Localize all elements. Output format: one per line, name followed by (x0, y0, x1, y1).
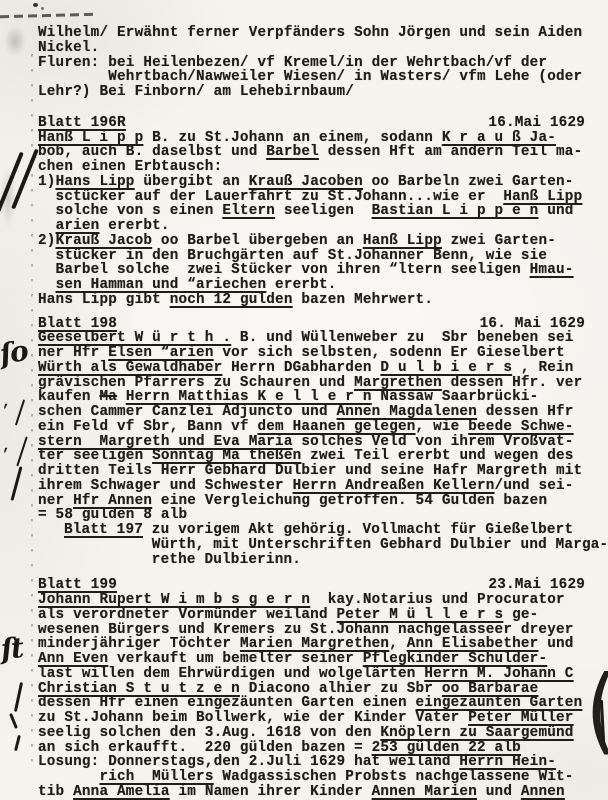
text-line: Barbel solche zwei Stücker von ihren “lt… (38, 263, 585, 278)
document-page: Wilhelm/ Erwähnt ferner Verpfänders Sohn… (0, 0, 608, 800)
section-header: Blatt 19923.Mai 1629 (38, 578, 585, 593)
underlined-text: Herrn M. Johann C (424, 666, 573, 682)
text-run (38, 277, 56, 293)
text-line: Wehrtbach/Nawweiler Wiesen/ in Wasters/ … (38, 70, 585, 85)
underlined-text: Anna Amelia (73, 784, 170, 800)
text-line: Johann Rupert W i m b s g e r n kay.Nota… (38, 593, 585, 608)
text-line: minderjähriger Töchter Marien Margrethen… (38, 637, 585, 652)
underlined-text: Peter Müller (468, 710, 573, 726)
text-line: chen einen Erbtausch: (38, 160, 585, 175)
underlined-text: Elsen “arien (108, 345, 213, 361)
text-run: verkauft um bemelter seiner (108, 651, 363, 667)
underlined-text: D u l b i e r s (380, 360, 512, 376)
text-run: Wilhelm/ Erwähnt ferner Verpfänders Sohn… (38, 25, 582, 41)
text-run: Wadgassischen Probsts nachgelassene Wit- (214, 769, 574, 785)
margin-scribble-mark: ſt (0, 641, 22, 658)
text-line: ner Hfr Elsen “arien vor sich selbsten, … (38, 346, 585, 361)
text-line: Würth, mit Unterschriften Gebhard Dulbie… (64, 538, 585, 553)
text-line: zu St.Johann beim Bollwerk, wie der Kind… (38, 711, 585, 726)
underlined-text: Geeselbert W ü r t h . (38, 330, 231, 346)
underlined-text: Ann Even (38, 651, 108, 667)
pencil-smudge (4, 26, 26, 56)
underlined-text: Annen Marien (372, 784, 477, 800)
text-run: zu St.Johann beim Bollwerk, wie der Kind… (38, 710, 468, 726)
text-line: als verordneter Vormünder weiland Peter … (38, 608, 585, 623)
underlined-text: Johann Rupert W i m b s g e r n (38, 592, 310, 608)
text-run: bazen Mehrwert. (293, 292, 433, 308)
text-line: 2)Krauß Jacob oo Barbel übergeben an Han… (38, 234, 585, 249)
text-line: ter seeligen Sonntag Ma theßen zwei Teil… (38, 449, 585, 464)
margin-comma-mark: , (2, 440, 11, 455)
underlined-text: Eltern (222, 203, 275, 219)
text-run: vor sich selbsten, sodenn Er Gieselbert (214, 345, 565, 361)
underlined-text: Herrn Matthias K e l l e r n (126, 389, 372, 405)
text-line: Hans Lipp gibt noch 12 gulden bazen Mehr… (38, 293, 585, 308)
margin-scribble-mark: ſo (0, 344, 28, 363)
text-line: arien ererbt. (38, 219, 585, 234)
text-line: ein Feld vf Sbr, Bann vf dem Haanen gele… (38, 420, 585, 435)
intro-block: Wilhelm/ Erwähnt ferner Verpfänders Sohn… (38, 26, 585, 100)
corner-dash-dot-line (0, 13, 96, 19)
underlined-text: Blatt 197 (64, 522, 143, 538)
underlined-text: noch 12 gulden (170, 292, 293, 308)
text-run: kaufen (38, 389, 99, 405)
section-blatt-198: Blatt 19816. Mai 1629Geeselbert W ü r t … (38, 317, 585, 524)
text-line: sen Hamman und “ariechen ererbt. (38, 278, 585, 293)
text-line: seelig solchen den 3.Aug. 1618 von den K… (38, 726, 585, 741)
underlined-text: Marien Margrethen (240, 636, 389, 652)
text-run: tib (38, 784, 73, 800)
text-run: rethe Dulbierinn. (64, 552, 301, 568)
text-run: B. und Wüllenweber zu Sbr beneben sei (231, 330, 573, 346)
text-line: Blatt 197 zu vorigem Akt gehörig. Vollma… (64, 523, 585, 538)
text-line: bob, auch B. daselbst und Barbel dessen … (38, 145, 585, 160)
struck-text: Ma (99, 389, 117, 405)
underlined-text: Sonntag Ma theßen (152, 448, 301, 464)
underlined-text: Würth als Gewaldhaber (38, 360, 222, 376)
margin-slash-mark (15, 399, 26, 425)
underlined-text: Herrn Hein- (459, 754, 556, 770)
margin-parenthesis-mark: ( (586, 664, 608, 758)
underlined-text: arien (56, 218, 100, 234)
ink-speck (41, 7, 44, 10)
underlined-text: Annen Magdalenen (337, 404, 477, 420)
underlined-text: eingezäunten Garten (416, 695, 583, 711)
text-run: solche von s einen (38, 203, 222, 219)
text-line: rethe Dulbierinn. (64, 553, 585, 568)
section-blatt-197: Blatt 197 zu vorigem Akt gehörig. Vollma… (64, 523, 585, 567)
text-run: chen einen Erbtausch: (38, 159, 222, 175)
text-line: last willen dem Ehrwürdigen und wolgelär… (38, 667, 585, 682)
underlined-text: dem Haanen gelegen (258, 419, 416, 435)
underlined-text: Krauß Jacoben (249, 174, 363, 190)
section-blatt-199: Blatt 19923.Mai 1629Johann Rupert W i m … (38, 578, 585, 799)
text-line: kaufen Ma Herrn Matthias K e l l e r n N… (38, 390, 585, 405)
text-run: zwei Garten- (442, 233, 556, 249)
text-run: 2) (38, 233, 56, 249)
text-run: bob, auch B. daselbst und (38, 144, 266, 160)
text-run: schen Cammer Canzlei Adjuncto und (38, 404, 337, 420)
text-line: rich Müllers Wadgassischen Probsts nachg… (38, 770, 585, 785)
text-run: zu vorigem Akt gehörig. Vollmacht für Gi… (143, 522, 573, 538)
margin-double-slash-mark (0, 152, 24, 213)
text-line: Losung: Donnerstags,den 2.Juli 1629 hat … (38, 755, 585, 770)
text-run: 1) (38, 174, 56, 190)
text-run: dessen Hfr (477, 404, 574, 420)
text-run: Barbel solche zwei Stücker von ihren “lt… (38, 262, 530, 278)
text-run: ein Feld vf Sbr, Bann vf (38, 419, 258, 435)
text-run: oo Barbeln zwei Garten- (363, 174, 574, 190)
text-run: eine Vergleichung getroffen. 54 Gulden b… (152, 493, 547, 509)
text-run: last willen dem Ehrwürdigen und wolgelär… (38, 666, 424, 682)
underlined-text: Knöplern zu Saargemünd (380, 725, 573, 741)
text-line: tib Anna Amelia im Namen ihrer Kinder An… (38, 785, 585, 800)
underlined-text: Ann Elisabether (407, 636, 539, 652)
section-date: 23.Mai 1629 (488, 578, 585, 593)
text-run: Losung: Donnerstags,den 2.Juli 1629 hat … (38, 754, 459, 770)
text-run: = 58 gulden 8 alb (38, 507, 187, 523)
text-run: seeligen (275, 203, 372, 219)
text-line: solche von s einen Eltern seeligen Basti… (38, 204, 585, 219)
text-line: dritten Teils Herr Gebhard Dulbier und s… (38, 464, 585, 479)
underlined-text: Hans Lipp (56, 174, 135, 190)
text-run: Wehrtbach/Nawweiler Wiesen/ in Wasters/ … (38, 69, 582, 85)
text-run: Nickel. (38, 40, 99, 56)
underlined-text: Bastian L i p p e n (372, 203, 539, 219)
text-run: und (538, 203, 573, 219)
underlined-text: Hanß Lipp (363, 233, 442, 249)
pencil-smudge (0, 168, 16, 228)
text-run: ge- (503, 607, 538, 623)
text-run: dessen Hft am andern Teil ma- (319, 144, 582, 160)
section-label: Blatt 199 (38, 578, 117, 593)
text-line: Nickel. (38, 41, 585, 56)
underlined-text: Pflegkinder Schulder- (363, 651, 547, 667)
margin-slash-mark (16, 436, 28, 466)
underlined-text: Barbel (266, 144, 319, 160)
ink-speck (33, 3, 38, 7)
text-line: 1)Hans Lipp übergibt an Krauß Jacoben oo… (38, 175, 585, 190)
text-run: seelig solchen den 3.Aug. 1618 von den (38, 725, 380, 741)
section-label: Blatt 196R (38, 116, 126, 131)
text-run: übergibt an (135, 174, 249, 190)
underlined-text: beede Schwe- (468, 419, 573, 435)
underlined-text: Herrn Andreaßen Kellern (293, 478, 495, 494)
text-run: kay.Notarius und Procurator (310, 592, 565, 608)
underlined-text: Hmau- (530, 262, 574, 278)
text-line: schen Cammer Canzlei Adjuncto und Annen … (38, 405, 585, 420)
underlined-text: rich Müllers (99, 769, 213, 785)
text-run: Würth, mit Unterschriften Gebhard Dulbie… (64, 537, 608, 553)
margin-stroke-mark (600, 700, 605, 742)
text-run: ihrem Schwager und Schwester (38, 478, 293, 494)
text-run: , Rein (512, 360, 573, 376)
section-date: 16.Mai 1629 (488, 116, 585, 131)
text-run: , wie (416, 419, 469, 435)
text-run: ter seeligen (38, 448, 152, 464)
margin-stroke-mark (9, 713, 17, 729)
text-line: Lehr?) Bei Finborn/ am Lehebirnbaum/ (38, 85, 585, 100)
section-blatt-196r: Blatt 196R16.Mai 1629Hanß L i p p B. zu … (38, 116, 585, 308)
text-line: ihrem Schwager und Schwester Herrn Andre… (38, 479, 585, 494)
text-run (38, 769, 99, 785)
text-run: ererbt. (266, 277, 336, 293)
underlined-text: Annen (521, 784, 565, 800)
text-line: dessen Hfr einen eingezäunten Garten ein… (38, 696, 585, 711)
underlined-text: Krauß Jacob (56, 233, 153, 249)
text-line: Wilhelm/ Erwähnt ferner Verpfänders Sohn… (38, 26, 585, 41)
text-line: Würth als Gewaldhaber Herrn DGabharden D… (38, 361, 585, 376)
text-line: Geeselbert W ü r t h . B. und Wüllenwebe… (38, 331, 585, 346)
fold-guide-dots (31, 54, 33, 768)
text-run: als verordneter Vormünder weiland (38, 607, 337, 623)
text-run: Herrn DGabharden (222, 360, 380, 376)
margin-comma-mark: , (2, 396, 11, 411)
margin-tick-mark (14, 735, 21, 751)
text-run: Lehr?) Bei Finborn/ am Lehebirnbaum/ (38, 84, 354, 100)
text-run: und (477, 784, 521, 800)
text-run: Hans Lipp gibt (38, 292, 170, 308)
text-run: , (389, 636, 407, 652)
text-run: ererbt. (99, 218, 169, 234)
text-run (117, 389, 126, 405)
margin-slash-mark (11, 466, 23, 500)
text-run: Nassaw Saarbrücki- (372, 389, 539, 405)
underlined-text: sen Hamman und “ariechen (56, 277, 267, 293)
text-run: im Namen ihrer Kinder (170, 784, 372, 800)
text-line: Ann Even verkauft um bemelter seiner Pfl… (38, 652, 585, 667)
text-run: dessen Hfr einen eingezäunten Garten ein… (38, 695, 416, 711)
text-run (38, 218, 56, 234)
text-run: zwei Teil ererbt und wegen des (301, 448, 573, 464)
text-run: dritten Teils Herr Gebhard Dulbier und s… (38, 463, 582, 479)
underlined-text: Peter M ü l l e r s (337, 607, 504, 623)
text-line: = 58 gulden 8 alb (38, 508, 585, 523)
margin-double-slash-mark (11, 149, 39, 210)
text-run: minderjähriger Töchter (38, 636, 240, 652)
text-run: /und sei- (495, 478, 574, 494)
text-run: oo Barbel übergeben an (152, 233, 363, 249)
text-run: und (538, 636, 573, 652)
margin-stroke-mark (14, 682, 23, 712)
section-header: Blatt 196R16.Mai 1629 (38, 116, 585, 131)
text-run: ner Hfr (38, 345, 108, 361)
